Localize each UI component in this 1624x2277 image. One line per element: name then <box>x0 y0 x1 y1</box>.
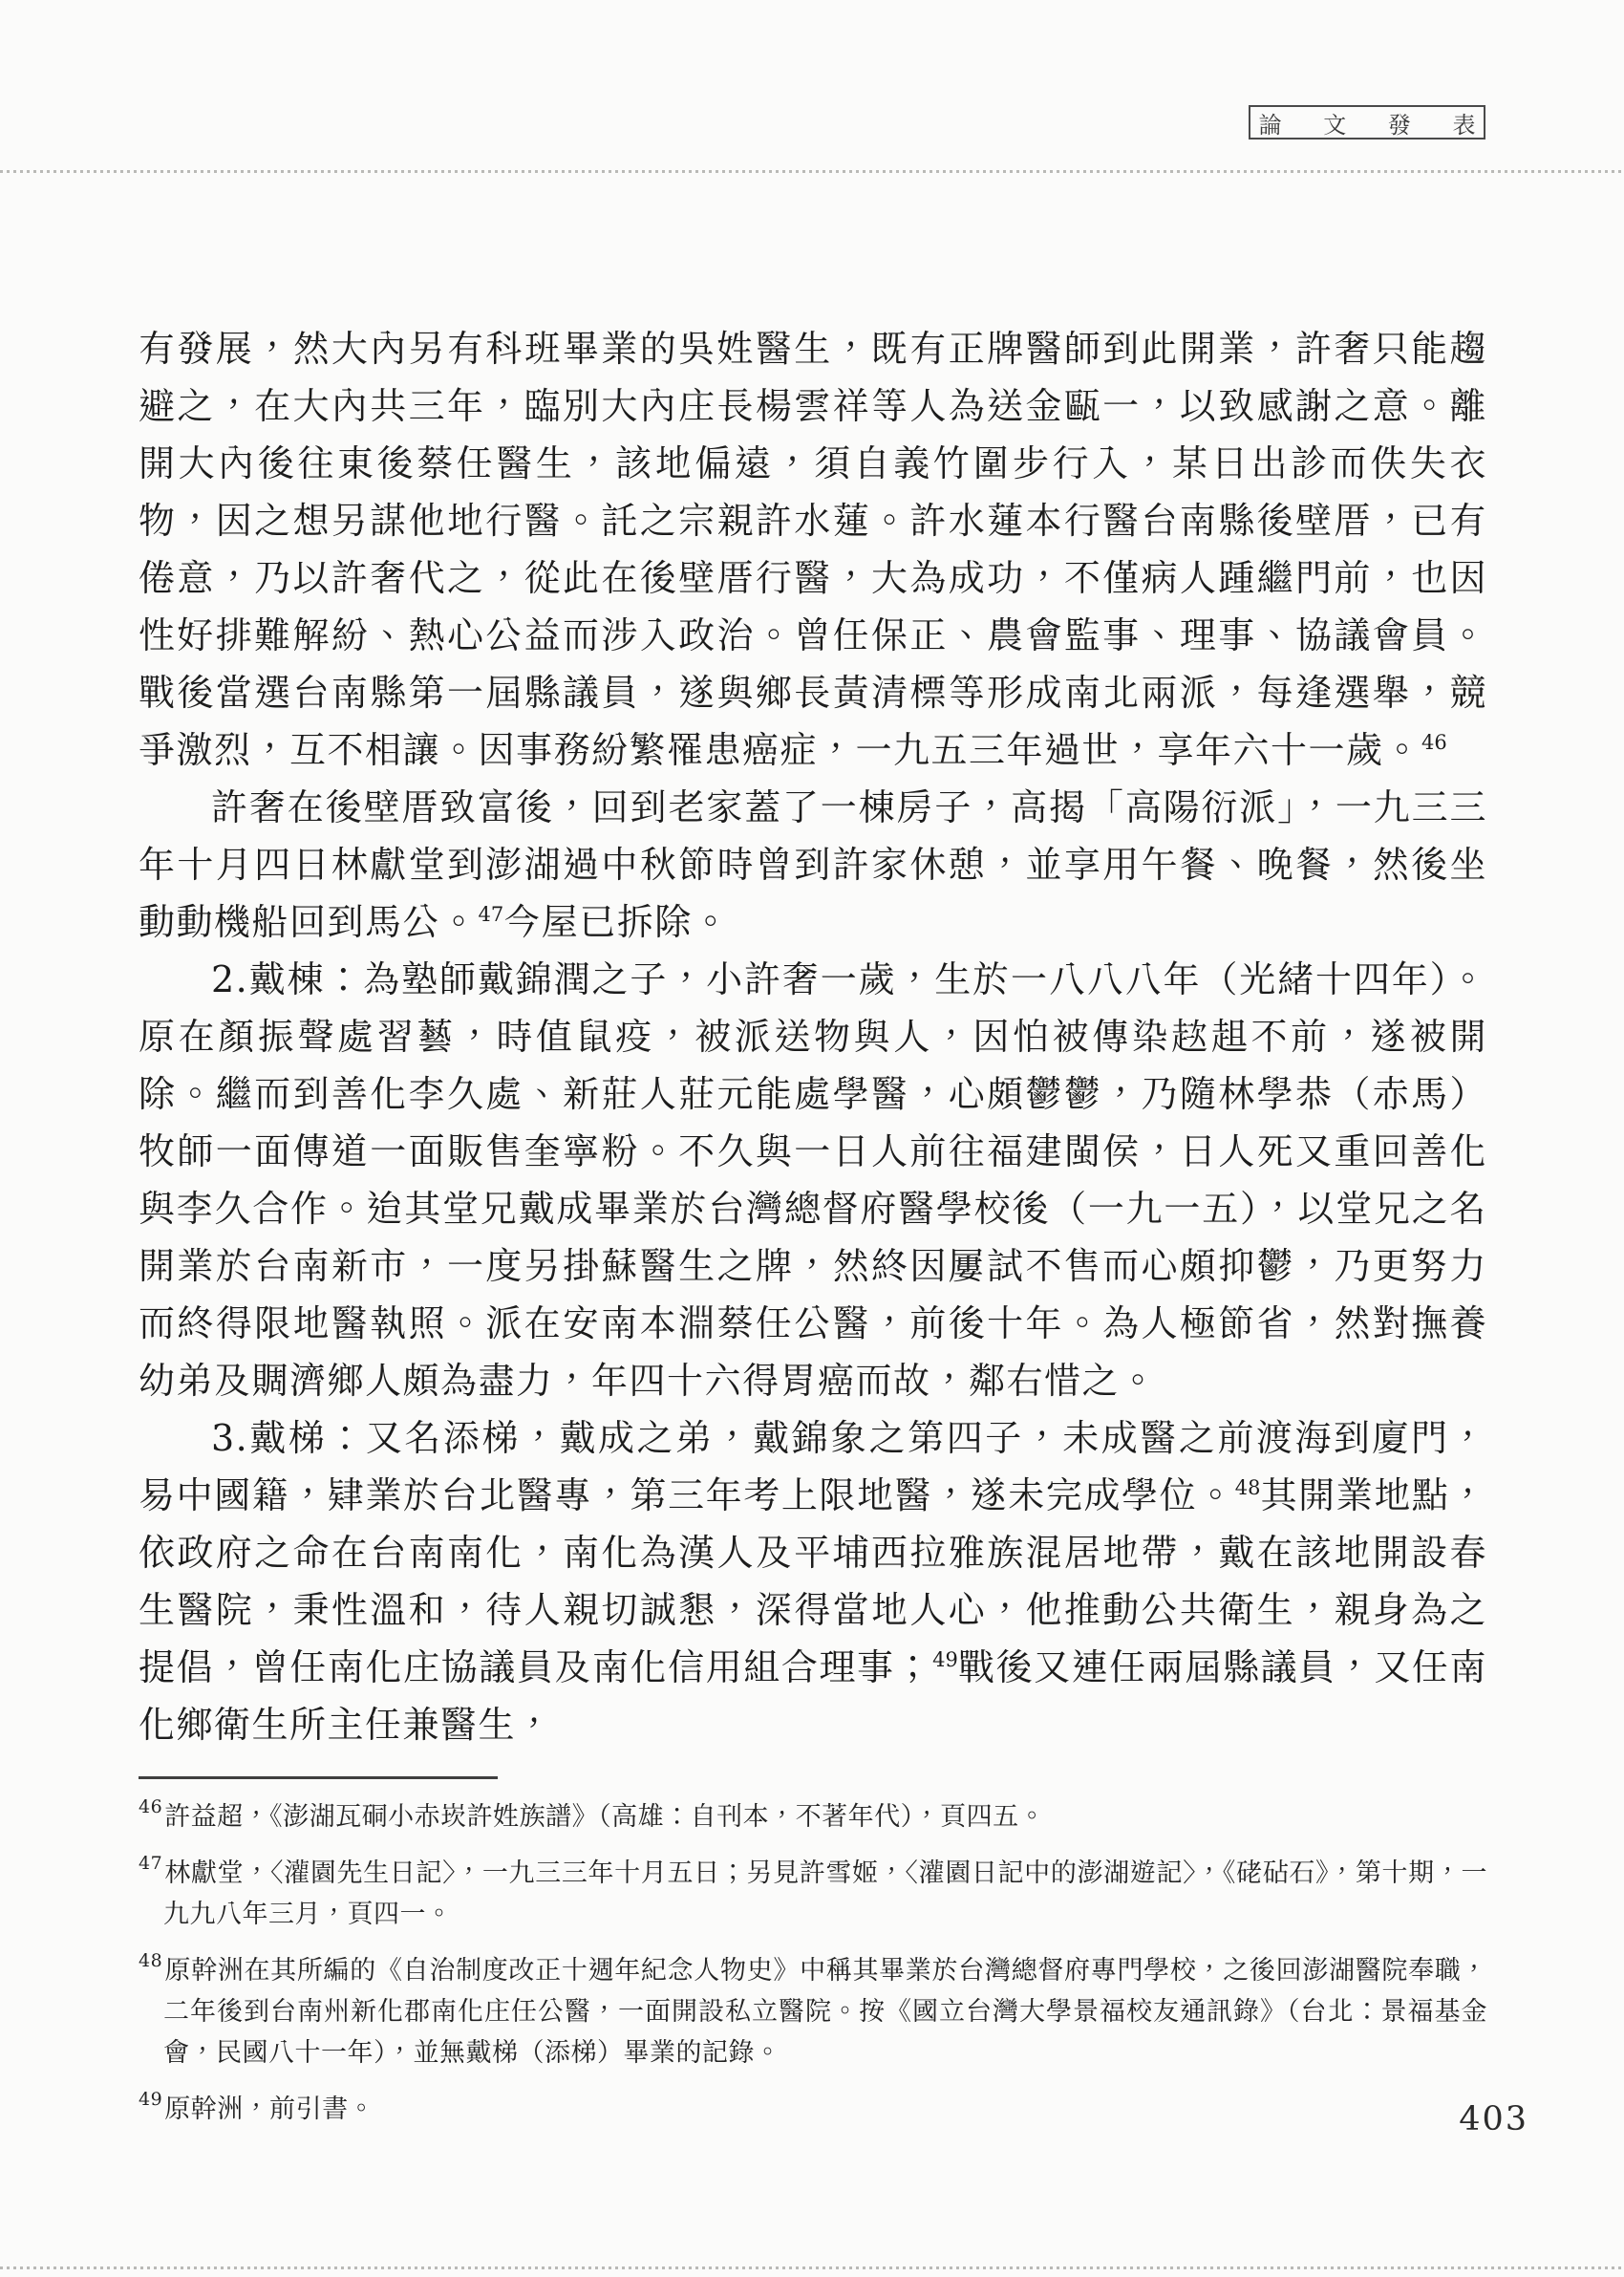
footnote-ref: 48 <box>1235 1476 1261 1499</box>
footnote-text: 林獻堂，〈灌園先生日記〉，一九三三年十月五日；另見許雪姬，〈灌園日記中的澎湖遊記… <box>163 1858 1487 1929</box>
footnote-ref: 49 <box>932 1648 958 1671</box>
paragraph: 2.戴棟：為塾師戴錦潤之子，小許奢一歲，生於一八八八年（光緒十四年）。原在顏振聲… <box>139 951 1487 1409</box>
footnote-ref: 47 <box>479 903 504 926</box>
paragraph: 許奢在後壁厝致富後，回到老家蓋了一棟房子，高揭「高陽衍派」，一九三三年十月四日林… <box>139 779 1487 951</box>
footnote: 49原幹洲，前引書。 <box>139 2089 1487 2130</box>
running-head-label: 論 文 發 表 <box>1242 106 1493 140</box>
scanned-paper-page: 論 文 發 表 有發展，然大內另有科班畢業的吳姓醫生，既有正牌醫師到此開業，許奢… <box>0 0 1624 2277</box>
paragraph: 3.戴梯：又名添梯，戴成之弟，戴錦象之第四子，未成醫之前渡海到廈門，易中國籍，肄… <box>139 1409 1487 1753</box>
footnote-text: 原幹洲，前引書。 <box>164 2094 374 2124</box>
paragraph: 有發展，然大內另有科班畢業的吳姓醫生，既有正牌醫師到此開業，許奢只能趨避之，在大… <box>139 320 1487 779</box>
body-text-block: 有發展，然大內另有科班畢業的吳姓醫生，既有正牌醫師到此開業，許奢只能趨避之，在大… <box>139 320 1487 2145</box>
footnote-number: 49 <box>139 2089 162 2110</box>
body-paragraphs: 有發展，然大內另有科班畢業的吳姓醫生，既有正牌醫師到此開業，許奢只能趨避之，在大… <box>139 320 1487 1753</box>
footnote-number: 46 <box>139 1796 162 1817</box>
footnote: 48原幹洲在其所編的《自治制度改正十週年紀念人物史》中稱其畢業於台灣總督府專門學… <box>139 1950 1487 2073</box>
footnote-text: 許益超，《澎湖瓦硐小赤崁許姓族譜》（高雄：自刊本，不著年代），頁四五。 <box>164 1802 1045 1832</box>
footnote-number: 48 <box>139 1950 162 1971</box>
footnote: 46許益超，《澎湖瓦硐小赤崁許姓族譜》（高雄：自刊本，不著年代），頁四五。 <box>139 1796 1487 1837</box>
footnote-ref: 46 <box>1421 731 1447 754</box>
footnote-divider <box>139 1776 498 1779</box>
top-dotted-rule <box>0 170 1624 173</box>
footnotes-block: 46許益超，《澎湖瓦硐小赤崁許姓族譜》（高雄：自刊本，不著年代），頁四五。47林… <box>139 1796 1487 2130</box>
page-number: 403 <box>1459 2100 1528 2138</box>
footnote-number: 47 <box>139 1853 162 1874</box>
footnote-text: 原幹洲在其所編的《自治制度改正十週年紀念人物史》中稱其畢業於台灣總督府專門學校，… <box>163 1956 1487 2068</box>
bottom-dotted-rule <box>0 2266 1624 2269</box>
running-head-box: 論 文 發 表 <box>1249 105 1485 140</box>
footnote: 47林獻堂，〈灌園先生日記〉，一九三三年十月五日；另見許雪姬，〈灌園日記中的澎湖… <box>139 1853 1487 1935</box>
